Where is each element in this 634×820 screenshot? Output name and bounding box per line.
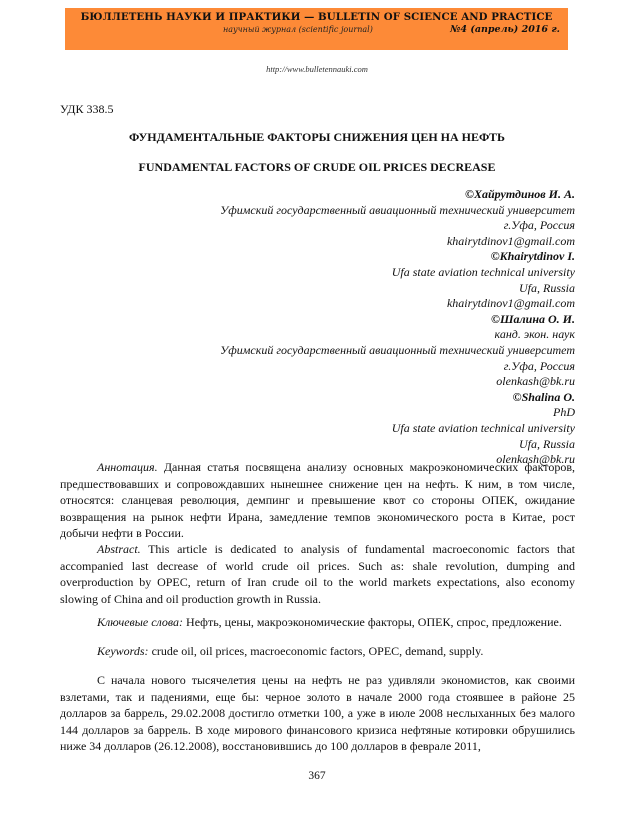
author-2: ©Khairytdinov I. Ufa state aviation tech… (220, 249, 575, 311)
author-degree: канд. экон. наук (220, 327, 575, 343)
page-number: 367 (0, 770, 634, 782)
article-title-en: FUNDAMENTAL FACTORS OF CRUDE OIL PRICES … (0, 160, 634, 175)
journal-header-band: БЮЛЛЕТЕНЬ НАУКИ И ПРАКТИКИ — BULLETIN OF… (65, 8, 568, 50)
author-email[interactable]: olenkash@bk.ru (220, 374, 575, 390)
keywords-en-text: crude oil, oil prices, macroeconomic fac… (149, 644, 484, 658)
author-email[interactable]: khairytdinov1@gmail.com (220, 234, 575, 250)
site-url[interactable]: http://www.bulletennauki.com (0, 64, 634, 74)
author-affiliation: Ufa state aviation technical university (220, 265, 575, 281)
abstract-paragraph: Abstract. This article is dedicated to a… (60, 541, 575, 607)
journal-title: БЮЛЛЕТЕНЬ НАУКИ И ПРАКТИКИ — BULLETIN OF… (65, 11, 568, 23)
author-degree: PhD (220, 405, 575, 421)
author-city: г.Уфа, Россия (220, 359, 575, 375)
author-name: ©Khairytdinov I. (220, 249, 575, 265)
author-city: Ufa, Russia (220, 437, 575, 453)
journal-subtitle: научный журнал (scientific journal) (223, 25, 373, 34)
author-affiliation: Ufa state aviation technical university (220, 421, 575, 437)
udk-code: УДК 338.5 (60, 102, 113, 117)
keywords-en-label: Keywords: (97, 644, 149, 658)
abstract-label: Abstract. (97, 542, 141, 556)
author-1: ©Хайрутдинов И. А. Уфимский государствен… (220, 187, 575, 249)
author-city: Ufa, Russia (220, 281, 575, 297)
keywords-ru: Ключевые слова: Нефть, цены, макроэконом… (60, 614, 575, 631)
keywords-ru-text: Нефть, цены, макроэкономические факторы,… (183, 615, 562, 629)
keywords-en: Keywords: crude oil, oil prices, macroec… (60, 643, 575, 660)
authors-block: ©Хайрутдинов И. А. Уфимский государствен… (220, 187, 575, 468)
body-paragraph: С начала нового тысячелетия цены на нефт… (60, 672, 575, 755)
author-affiliation: Уфимский государственный авиационный тех… (220, 203, 575, 219)
annotation-label: Аннотация. (97, 460, 158, 474)
annotation-paragraph: Аннотация. Данная статья посвящена анали… (60, 459, 575, 542)
author-email[interactable]: khairytdinov1@gmail.com (220, 296, 575, 312)
article-title-ru: ФУНДАМЕНТАЛЬНЫЕ ФАКТОРЫ СНИЖЕНИЯ ЦЕН НА … (0, 130, 634, 145)
keywords-ru-label: Ключевые слова: (97, 615, 183, 629)
author-4: ©Shalina O. PhD Ufa state aviation techn… (220, 390, 575, 468)
author-city: г.Уфа, Россия (220, 218, 575, 234)
author-name: ©Шалина О. И. (220, 312, 575, 328)
journal-issue: №4 (апрель) 2016 г. (450, 24, 560, 35)
author-name: ©Shalina O. (220, 390, 575, 406)
author-3: ©Шалина О. И. канд. экон. наук Уфимский … (220, 312, 575, 390)
author-name: ©Хайрутдинов И. А. (220, 187, 575, 203)
author-affiliation: Уфимский государственный авиационный тех… (220, 343, 575, 359)
